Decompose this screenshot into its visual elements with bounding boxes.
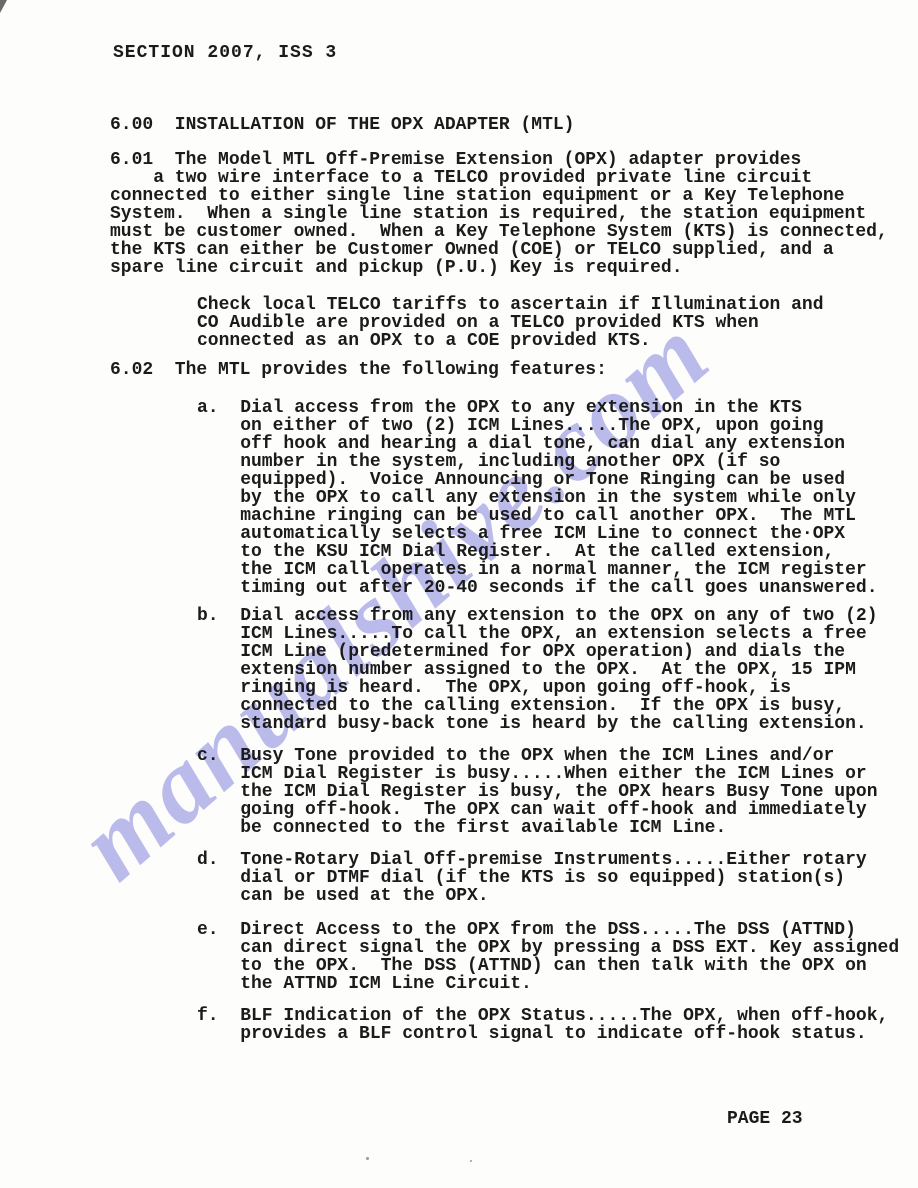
scan-corner-artifact: [0, 0, 7, 13]
feature-item-a: a. Dial access from the OPX to any exten…: [197, 399, 878, 597]
section-heading: 6.00 INSTALLATION OF THE OPX ADAPTER (MT…: [110, 116, 574, 134]
paragraph-601: 6.01 The Model MTL Off-Premise Extension…: [110, 151, 888, 277]
scan-speck: [470, 1160, 472, 1162]
telco-note: Check local TELCO tariffs to ascertain i…: [197, 296, 824, 350]
feature-item-c: c. Busy Tone provided to the OPX when th…: [197, 747, 878, 837]
paragraph-602: 6.02 The MTL provides the following feat…: [110, 361, 607, 379]
feature-item-e: e. Direct Access to the OPX from the DSS…: [197, 921, 899, 993]
scan-speck: [366, 1157, 369, 1160]
page-header: SECTION 2007, ISS 3: [113, 44, 337, 62]
feature-item-f: f. BLF Indication of the OPX Status.....…: [197, 1007, 888, 1043]
document-page: manualshive.com SECTION 2007, ISS 3 6.00…: [0, 0, 918, 1188]
feature-item-b: b. Dial access from any extension to the…: [197, 607, 878, 733]
feature-item-d: d. Tone-Rotary Dial Off-premise Instrume…: [197, 851, 867, 905]
page-footer: PAGE 23: [727, 1110, 803, 1128]
